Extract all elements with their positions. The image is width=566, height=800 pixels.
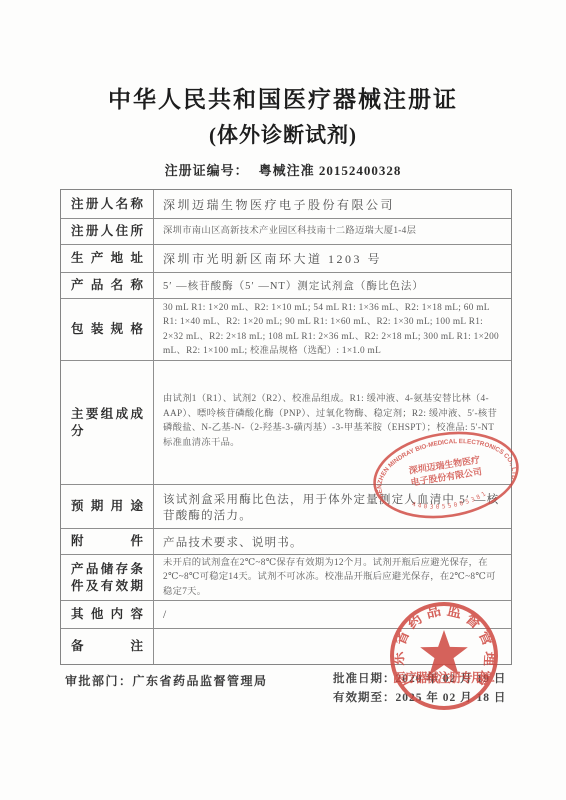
- registration-number-line: 注册证编号：粤械注准 20152400328: [0, 160, 566, 179]
- expiry-date-label: 有效期至：: [333, 692, 396, 704]
- table-row-production-address: 生产地址 深圳市光明新区南环大道 1203 号: [61, 244, 511, 272]
- row-value: 深圳市南山区高新技术产业园区科技南十二路迈瑞大厦1-4层: [163, 224, 502, 238]
- table-row-registrant-name: 注册人名称 深圳迈瑞生物医疗电子股份有限公司: [61, 190, 511, 218]
- row-value: 深圳市光明新区南环大道 1203 号: [163, 250, 502, 267]
- row-label: 产品名称: [71, 277, 143, 294]
- registration-number-value: 粤械注准 20152400328: [259, 163, 402, 178]
- expiry-date-value: 2025 年 02 月 18 日: [396, 692, 507, 704]
- row-label: 注册人住所: [71, 223, 143, 240]
- row-value: 深圳迈瑞生物医疗电子股份有限公司: [163, 196, 502, 213]
- row-label: 备注: [71, 638, 143, 655]
- row-value: 未开启的试剂盒在2℃~8℃保存有效期为12个月。试剂开瓶后应避光保存，在2℃~8…: [163, 556, 502, 599]
- certificate-page: 中华人民共和国医疗器械注册证 (体外诊断试剂) 注册证编号：粤械注准 20152…: [0, 0, 566, 800]
- approval-department-value: 广东省药品监督管理局: [133, 674, 268, 688]
- row-label: 预期用途: [71, 498, 143, 515]
- approval-date-label: 批准日期：: [333, 673, 396, 685]
- table-row-product-name: 产品名称 5′ —核苷酸酶（5′ —NT）测定试剂盒（酶比色法）: [61, 272, 511, 298]
- row-label: 产品储存条件及有效期: [71, 561, 143, 595]
- row-label: 其他内容: [71, 606, 143, 623]
- table-row-registrant-address: 注册人住所 深圳市南山区高新技术产业园区科技南十二路迈瑞大厦1-4层: [61, 218, 511, 244]
- approval-department-line: 审批部门：广东省药品监督管理局: [65, 672, 268, 689]
- registration-number-label: 注册证编号：: [165, 163, 249, 178]
- row-value: 产品技术要求、说明书。: [163, 534, 502, 550]
- row-value: /: [163, 609, 502, 621]
- row-label: 注册人名称: [71, 196, 143, 213]
- row-value: 该试剂盒采用酶比色法，用于体外定量测定人血清中 5′ —核苷酸酶的活力。: [163, 491, 502, 523]
- row-label: 主要组成成分: [71, 406, 143, 440]
- date-block: 批准日期：2020 年 02 月 19 日 有效期至：2025 年 02 月 1…: [333, 670, 506, 708]
- page-title: 中华人民共和国医疗器械注册证: [0, 84, 566, 116]
- page-subtitle: (体外诊断试剂): [0, 118, 566, 152]
- certificate-table: 注册人名称 深圳迈瑞生物医疗电子股份有限公司 注册人住所 深圳市南山区高新技术产…: [60, 189, 512, 665]
- row-label: 生产地址: [71, 250, 143, 267]
- table-row-intended-use: 预期用途 该试剂盒采用酶比色法，用于体外定量测定人血清中 5′ —核苷酸酶的活力…: [61, 484, 511, 528]
- table-row-package-spec: 包装规格 30 mL R1: 1×20 mL、R2: 1×10 mL; 54 m…: [61, 298, 511, 360]
- row-value: 5′ —核苷酸酶（5′ —NT）测定试剂盒（酶比色法）: [163, 278, 502, 293]
- certificate-header: 中华人民共和国医疗器械注册证 (体外诊断试剂) 注册证编号：粤械注准 20152…: [0, 0, 566, 179]
- table-row-attachments: 附件 产品技术要求、说明书。: [61, 528, 511, 554]
- approval-date-value: 2020 年 02 月 19 日: [396, 673, 507, 685]
- table-row-storage-validity: 产品储存条件及有效期 未开启的试剂盒在2℃~8℃保存有效期为12个月。试剂开瓶后…: [61, 554, 511, 600]
- row-value: 30 mL R1: 1×20 mL、R2: 1×10 mL; 54 mL R1:…: [163, 301, 502, 359]
- table-row-other-content: 其他内容 /: [61, 600, 511, 628]
- table-row-remarks: 备注: [61, 628, 511, 664]
- table-row-main-components: 主要组成成分 由试剂1（R1）、试剂2（R2）、校准品组成。R1: 缓冲液、4-…: [61, 360, 511, 484]
- approval-department-label: 审批部门：: [65, 674, 133, 688]
- row-label: 包装规格: [71, 321, 143, 338]
- row-label: 附件: [71, 533, 143, 550]
- approval-date-line: 批准日期：2020 年 02 月 19 日: [333, 670, 506, 689]
- row-value: 由试剂1（R1）、试剂2（R2）、校准品组成。R1: 缓冲液、4-氨基安替比林（…: [163, 392, 502, 450]
- expiry-date-line: 有效期至：2025 年 02 月 18 日: [333, 689, 506, 708]
